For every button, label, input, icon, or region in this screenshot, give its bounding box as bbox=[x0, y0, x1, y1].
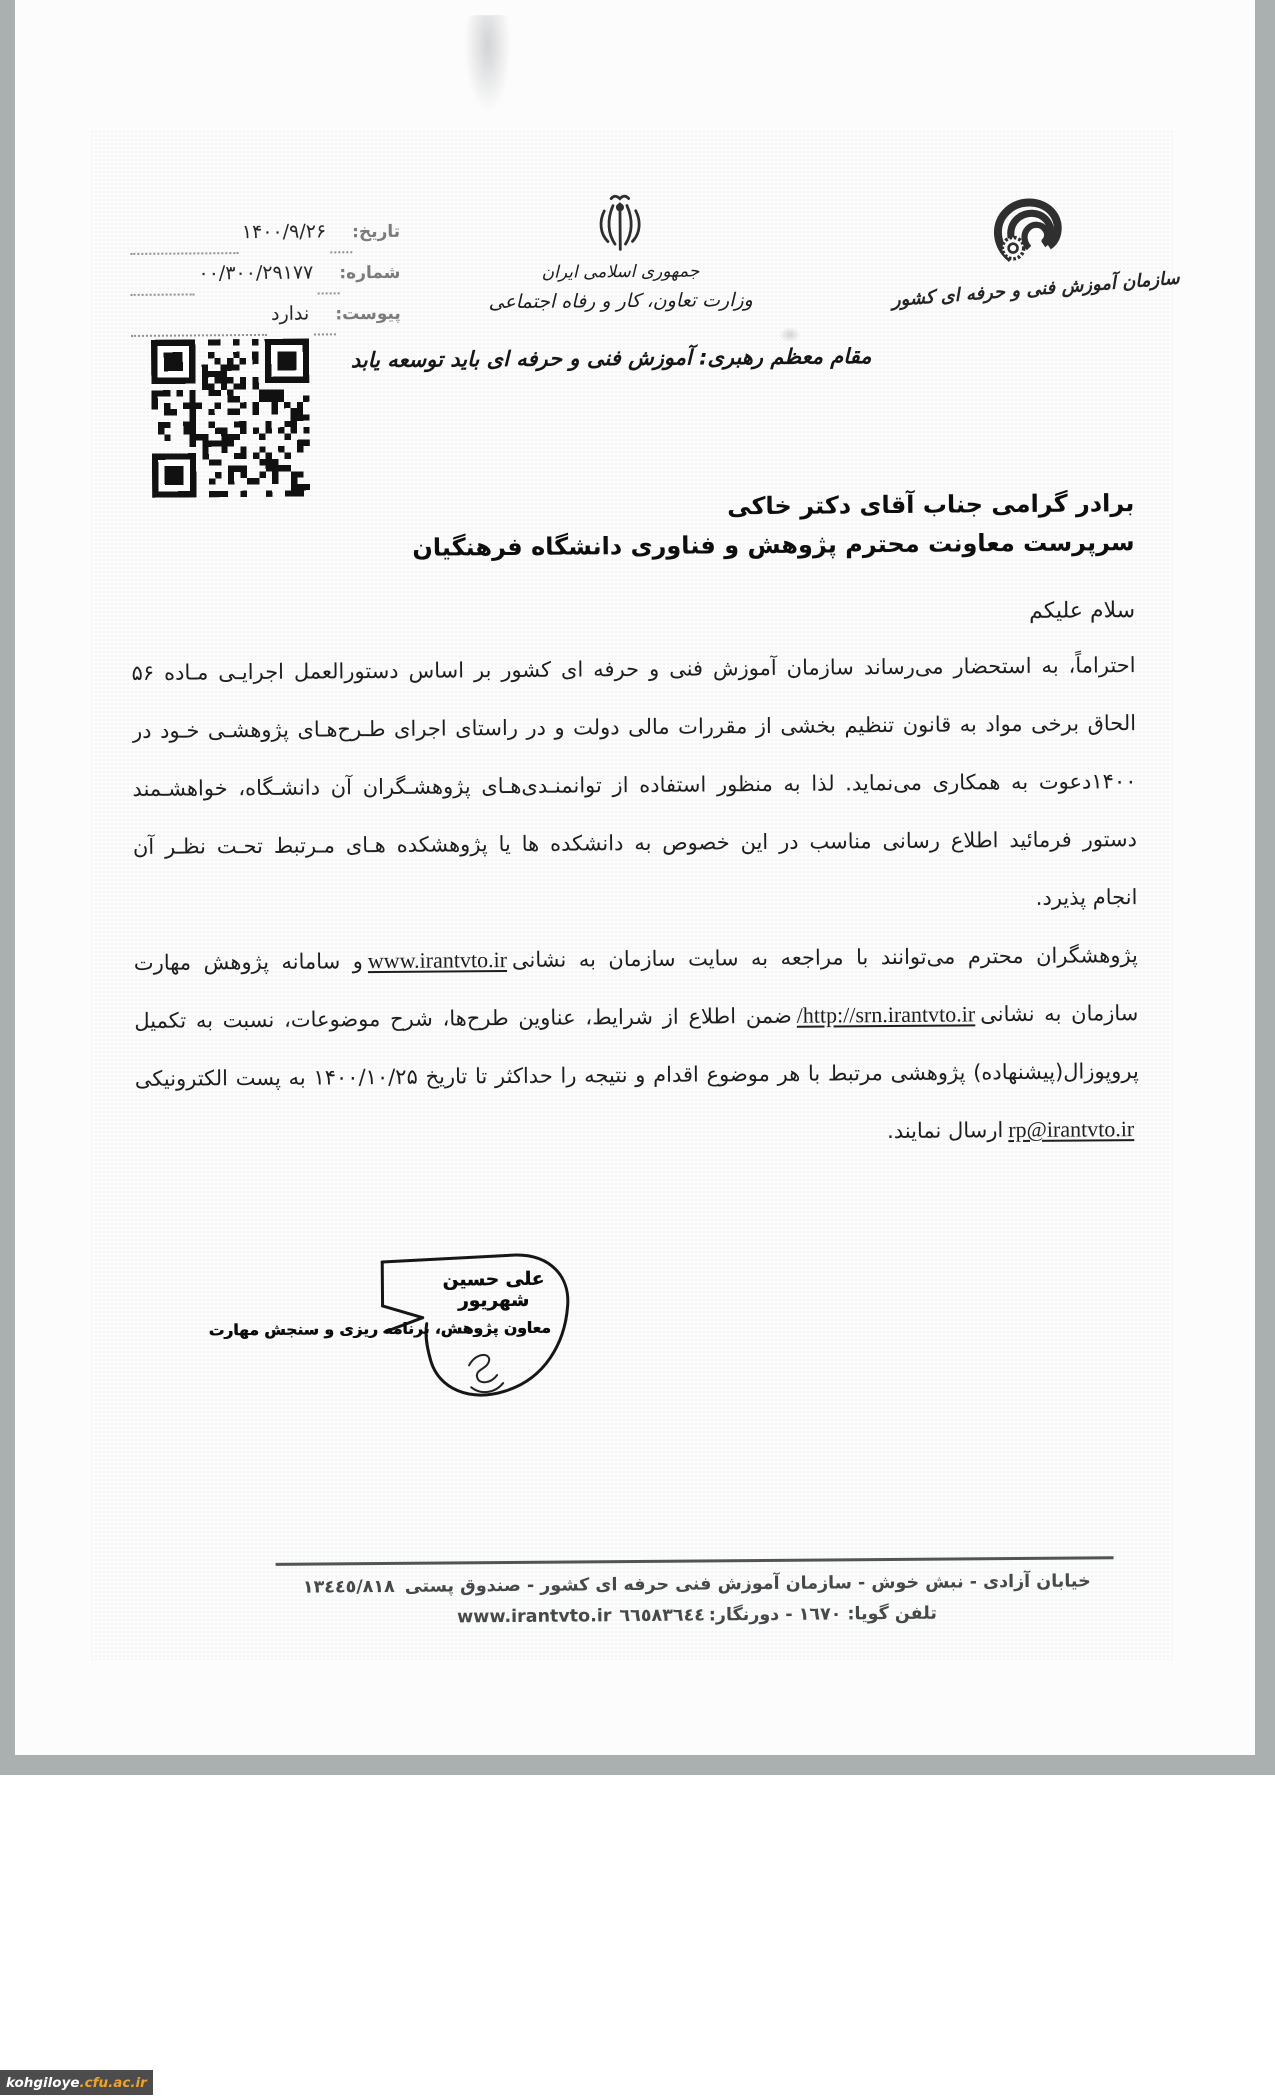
email-address: rp@irantvto.ir bbox=[1008, 1116, 1134, 1142]
body-line: rp@irantvto.irارسال نمایند. bbox=[135, 1100, 1139, 1166]
footer-website: www.irantvto.ir bbox=[457, 1606, 612, 1627]
scan-artifact bbox=[463, 15, 512, 115]
scanned-letter-canvas: تاریخ: ۱۴۰۰/۹/۲۶ شماره: ۰۰/۳۰۰/۲۹۱۷۷ پیو… bbox=[0, 0, 1275, 2100]
date-value: ۱۴۰۰/۹/۲۶ bbox=[238, 220, 330, 243]
body-text-segment: ضمن اطلاع از شرایط، عناوین طرح‌ها، شرح م… bbox=[134, 1004, 792, 1033]
ministry-name: وزارت تعاون، کار و رفاه اجتماعی bbox=[431, 289, 811, 314]
body-line: انجام پذیرد. bbox=[133, 868, 1137, 934]
letterhead-org: سازمان آموزش فنی و حرفه ای کشور bbox=[890, 192, 1181, 301]
footer-block: خیابان آزادی - نبش خوش - سازمان آموزش فن… bbox=[269, 1566, 1121, 1635]
body-line: الحاق برخی مواد به قانون تنظیم بخشی از م… bbox=[132, 694, 1136, 760]
leader-slogan: مقام معظم رهبری: آموزش فنی و حرفه ای بای… bbox=[301, 344, 921, 373]
dotted-leader bbox=[131, 334, 267, 337]
number-label: شماره: bbox=[339, 263, 400, 283]
watermark-domain: .cfu.ac.ir bbox=[80, 2075, 147, 2091]
body-line: ۱۴۰۰دعوت به همکاری می‌نماید. لذا به منظو… bbox=[132, 752, 1136, 818]
signer-title: معاون پژوهش، برنامه ریزی و سنجش مهارت bbox=[319, 1319, 551, 1339]
page-content: تاریخ: ۱۴۰۰/۹/۲۶ شماره: ۰۰/۳۰۰/۲۹۱۷۷ پیو… bbox=[8, 0, 1262, 1760]
recipient-block: برادر گرامی جناب آقای دکتر خاکی سرپرست م… bbox=[132, 484, 1135, 570]
attachment-value: ندارد bbox=[267, 303, 313, 325]
body-text-segment: پژوهشگران محترم می‌توانند با مراجعه به س… bbox=[512, 943, 1138, 972]
dotted-leader bbox=[317, 292, 339, 294]
website-url: www.irantvto.ir bbox=[368, 947, 507, 973]
date-label: تاریخ: bbox=[352, 222, 400, 242]
salutation: سلام علیکم bbox=[133, 598, 1135, 631]
scanner-background: تاریخ: ۱۴۰۰/۹/۲۶ شماره: ۰۰/۳۰۰/۲۹۱۷۷ پیو… bbox=[0, 0, 1275, 1775]
qr-code-icon bbox=[151, 339, 310, 498]
body-line: سازمان به نشانی/http://srn.irantvto.irضم… bbox=[134, 984, 1138, 1050]
dotted-leader bbox=[313, 333, 335, 335]
watermark-site: kohgiloye bbox=[6, 2075, 80, 2091]
footer-address-text: خیابان آزادی - نبش خوش - سازمان آموزش فن… bbox=[405, 1571, 1091, 1596]
body-line: پژوهشگران محترم می‌توانند با مراجعه به س… bbox=[134, 926, 1138, 992]
country-name: جمهوری اسلامی ایران bbox=[430, 261, 810, 284]
footer-fax-number: ٦٦٥٨٣٦٤٤ bbox=[619, 1605, 705, 1626]
body-text-segment: سازمان به نشانی bbox=[980, 1001, 1138, 1026]
site-watermark: kohgiloye.cfu.ac.ir bbox=[0, 2070, 153, 2095]
signature-block: علی حسین شهریور معاون پژوهش، برنامه ریزی… bbox=[318, 1246, 649, 1434]
footer-phone-fax-labels: تلفن گویا: ١٦٧٠ - دورنگار: bbox=[709, 1604, 937, 1626]
body-line: احتراماً، به استحضار می‌رساند سازمان آمو… bbox=[131, 636, 1135, 702]
letterhead-meta: تاریخ: ۱۴۰۰/۹/۲۶ شماره: ۰۰/۳۰۰/۲۹۱۷۷ پیو… bbox=[130, 220, 401, 345]
attachment-label: پیوست: bbox=[335, 304, 401, 325]
meta-row-date: تاریخ: ۱۴۰۰/۹/۲۶ bbox=[130, 220, 400, 263]
recipient-line2: سرپرست معاونت محترم پژوهش و فناوری دانشگ… bbox=[132, 523, 1134, 570]
srn-portal-url: /http://srn.irantvto.ir bbox=[797, 1001, 976, 1027]
body-text-segment: و سامانه پژوهش مهارت bbox=[134, 949, 363, 975]
dotted-leader bbox=[330, 251, 352, 253]
body-text-segment: ارسال نمایند. bbox=[887, 1118, 1003, 1143]
letterhead-center: جمهوری اسلامی ایران وزارت تعاون، کار و ر… bbox=[430, 189, 811, 314]
dotted-leader bbox=[130, 252, 238, 255]
letter-page: تاریخ: ۱۴۰۰/۹/۲۶ شماره: ۰۰/۳۰۰/۲۹۱۷۷ پیو… bbox=[15, 0, 1255, 1755]
body-line: دستور فرمائید اطلاع رسانی مناسب در این خ… bbox=[133, 810, 1137, 876]
iran-emblem-icon bbox=[592, 190, 649, 256]
tvto-logo-icon bbox=[983, 192, 1088, 273]
org-name: سازمان آموزش فنی و حرفه ای کشور bbox=[890, 268, 1181, 311]
body-line: پروپوزال(پیشنهاده) پژوهشی مرتبط با هر مو… bbox=[135, 1042, 1139, 1108]
scan-artifact bbox=[779, 327, 801, 343]
dotted-leader bbox=[131, 293, 195, 296]
letter-body: احتراماً، به استحضار می‌رساند سازمان آمو… bbox=[131, 636, 1139, 1166]
footer-pobox-number: ١٣٤٤٥/٨١٨ bbox=[303, 1577, 395, 1598]
signer-name: علی حسین شهریور bbox=[413, 1268, 573, 1311]
number-value: ۰۰/۳۰۰/۲۹۱۷۷ bbox=[194, 261, 317, 284]
meta-row-number: شماره: ۰۰/۳۰۰/۲۹۱۷۷ bbox=[130, 261, 400, 304]
footer-divider bbox=[276, 1556, 1114, 1566]
